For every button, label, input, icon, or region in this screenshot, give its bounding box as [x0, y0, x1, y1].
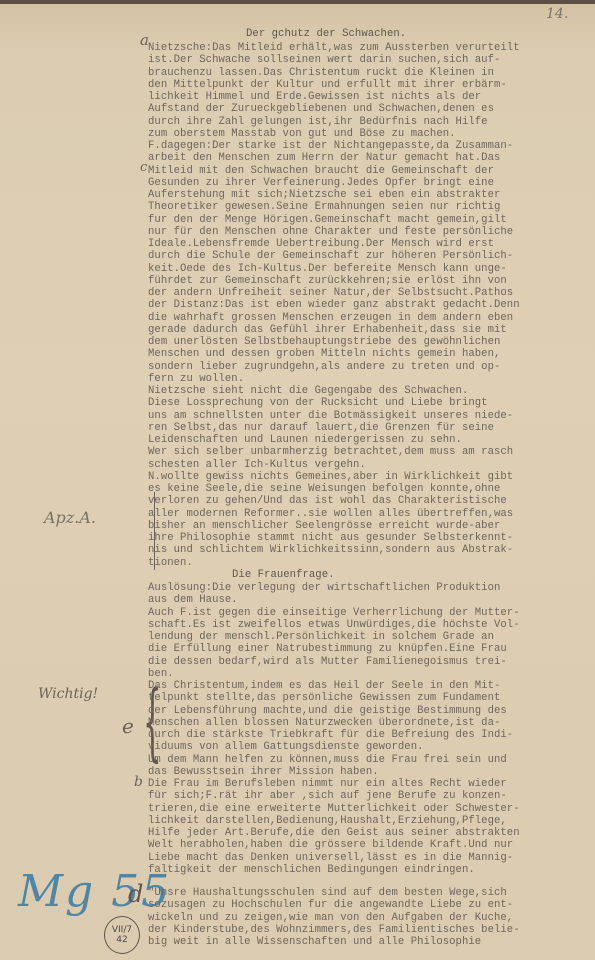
text-line: faltigkeit der menschlichen Bedingungen …	[148, 864, 475, 877]
margin-note-apz: Apz.A.	[44, 508, 96, 527]
document-page: 14. a c Apz.A. Wichtig! { e b Mg 55 d VI…	[0, 0, 595, 960]
text-line: tionen.	[148, 557, 193, 570]
text-line: nis und schlichtem Wirklichkeitssinn,son…	[148, 544, 513, 557]
stamp-year: 42	[116, 935, 127, 945]
stamp-date: VII/7	[112, 925, 132, 935]
section-title-frauenfrage: Die Frauenfrage.	[232, 569, 335, 582]
typewritten-body: Der gchutz der Schwachen. Nietzsche:Das …	[148, 0, 593, 134]
margin-note-d: d	[128, 880, 143, 908]
text-line: die dessen bedarf,wird als Mutter Famili…	[148, 656, 507, 669]
margin-note-c: c	[140, 160, 147, 175]
archive-stamp: VII/7 42	[104, 916, 140, 954]
section-title-schutz: Der gchutz der Schwachen.	[246, 28, 406, 41]
margin-note-e: e	[122, 714, 134, 738]
margin-note-b: b	[134, 774, 143, 790]
text-line: big weit in alle Wissenschaften und alle…	[148, 936, 481, 949]
margin-note-wichtig: Wichtig!	[38, 686, 98, 702]
